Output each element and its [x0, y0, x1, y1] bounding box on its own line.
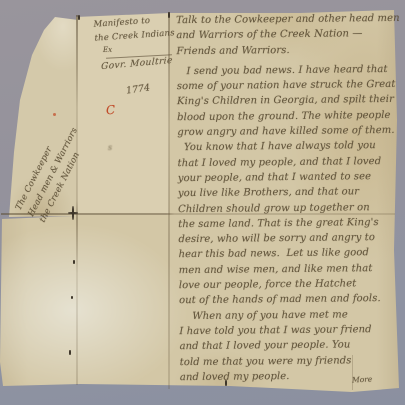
letter-line: men and wise men, and like men that [179, 261, 403, 279]
letter-line: Friends and Warriors. [176, 41, 400, 59]
crease-wear-mark [68, 212, 78, 214]
letter-line: your people, and that I wanted to see [178, 169, 402, 187]
letter-line: out of the hands of mad men and fools. [179, 291, 403, 309]
crease-wear-mark [73, 260, 75, 264]
crease-wear-mark [71, 296, 73, 299]
crease-wear-mark [69, 350, 71, 355]
vertical-fold-crease-left [76, 15, 78, 385]
letter-line: I have told you that I was your friend [179, 322, 403, 340]
letter-line: Talk to the Cowkeeper and other head men [176, 11, 400, 29]
docket-ex-mark: Ex [103, 46, 112, 54]
catchword: More [352, 374, 373, 384]
docket-title: Manifesto to the Creek Indians [93, 13, 175, 46]
red-ink-speck [53, 113, 56, 116]
ink-smudge: s [108, 143, 112, 152]
crease-wear-mark [78, 15, 80, 20]
letter-text: Talk to the Cowkeeper and other head men… [176, 11, 404, 385]
photo-background: Manifesto to the Creek Indians Ex Govr. … [0, 0, 405, 405]
vertical-fold-crease-center [168, 12, 170, 389]
